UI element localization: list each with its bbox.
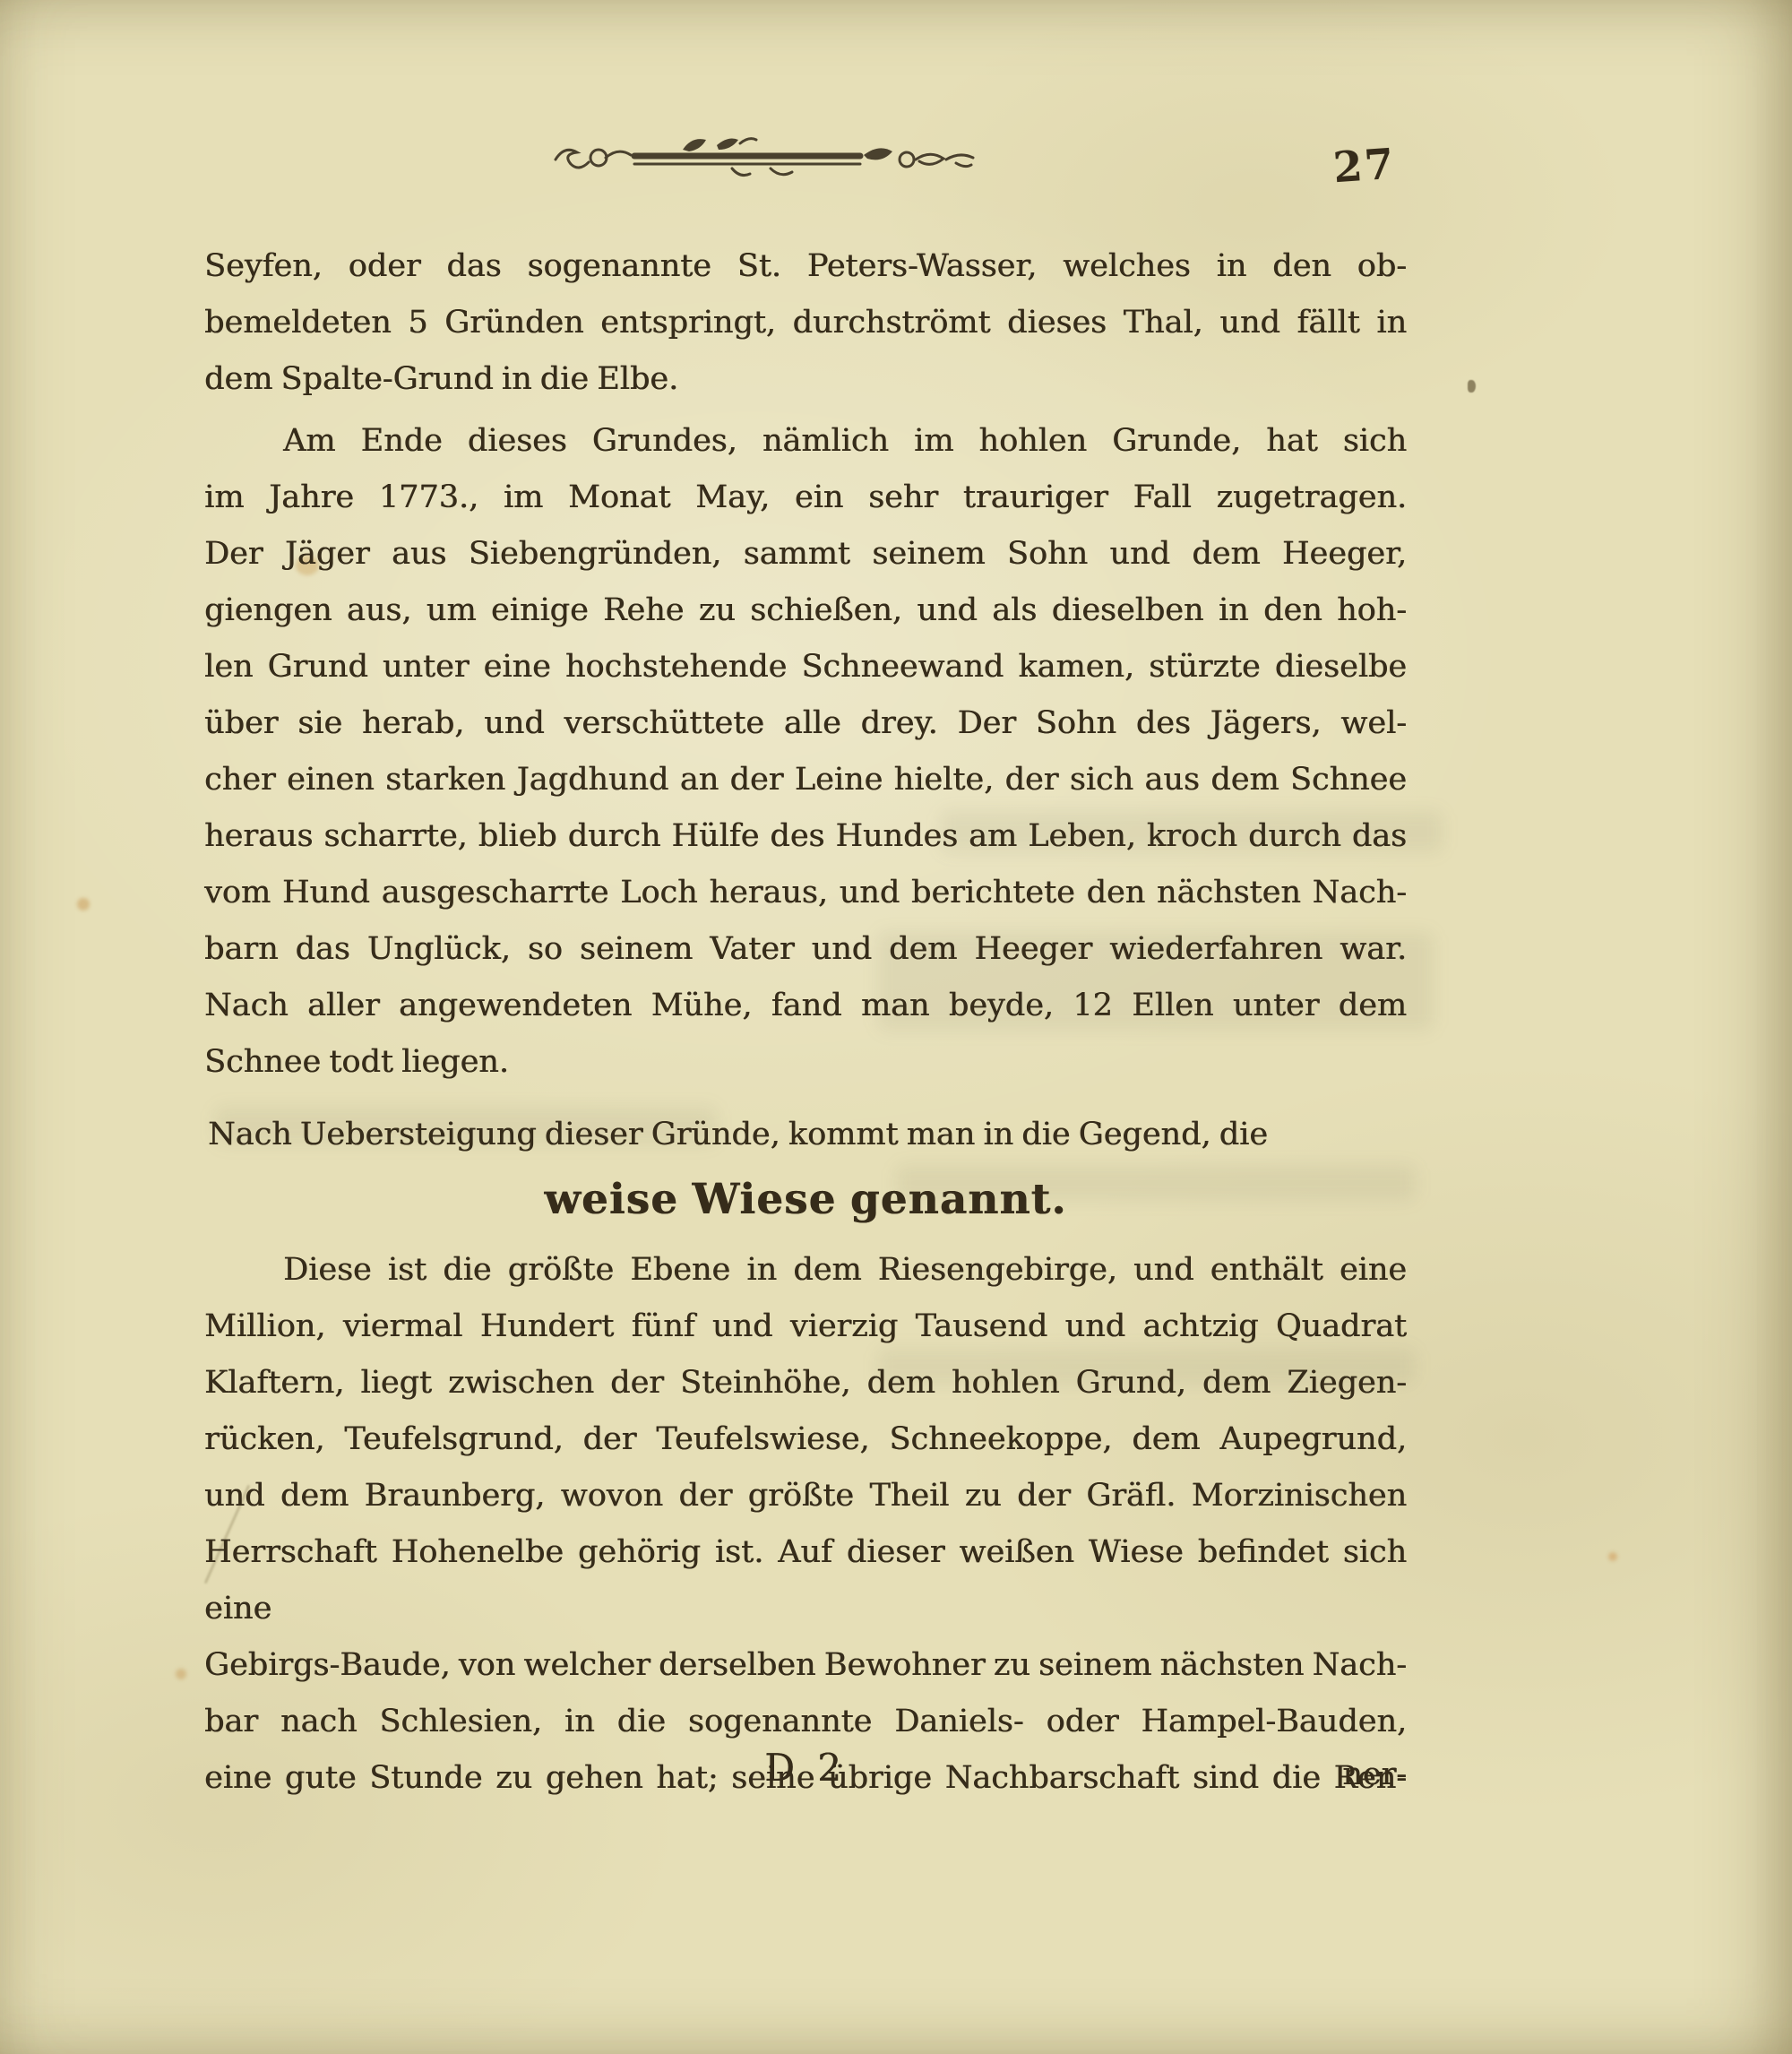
text-line: giengen aus, um einige Rehe zu schießen,…: [204, 583, 1407, 639]
text-line: rücken, Teufelsgrund, der Teufelswiese, …: [204, 1411, 1407, 1468]
text-line: Herrschaft Hohenelbe gehörig ist. Auf di…: [204, 1524, 1407, 1637]
text-line: Gebirgs-Baude, von welcher derselben Bew…: [204, 1637, 1407, 1694]
paper-stain: [1608, 1552, 1617, 1561]
paragraph-2: Am Ende dieses Grundes, nämlich im hohle…: [204, 413, 1407, 1091]
text-line: Am Ende dieses Grundes, nämlich im hohle…: [204, 413, 1407, 470]
ink-speck: [1468, 380, 1476, 393]
text-line: Diese ist die größte Ebene in dem Riesen…: [204, 1242, 1407, 1299]
text-line: barn das Unglück, so seinem Vater und de…: [204, 921, 1407, 978]
paragraph-1: Seyfen, oder das sogenannte St. Peters-W…: [204, 238, 1407, 408]
text-line: cher einen starken Jagdhund an der Leine…: [204, 752, 1407, 808]
text-line: im Jahre 1773., im Monat May, ein sehr t…: [204, 470, 1407, 526]
transition-line: Nach Uebersteigung dieser Gründe, kommt …: [204, 1107, 1407, 1163]
text-line: Der Jäger aus Siebengründen, sammt seine…: [204, 526, 1407, 583]
text-line: über sie herab, und verschüttete alle dr…: [204, 695, 1407, 752]
section-heading: weise Wiese genannt.: [204, 1170, 1407, 1230]
signature-mark: D 2: [764, 1746, 847, 1790]
text-line: vom Hund ausgescharrte Loch heraus, und …: [204, 865, 1407, 921]
text-line: Klaftern, liegt zwischen der Steinhöhe, …: [204, 1355, 1407, 1411]
header-ornament: [548, 133, 978, 183]
page-footer: D 2 ner-: [204, 1746, 1407, 1817]
text-line: und dem Braunberg, wovon der größte Thei…: [204, 1468, 1407, 1524]
text-block: Seyfen, oder das sogenannte St. Peters-W…: [204, 238, 1407, 1807]
page-number: 27: [1331, 140, 1397, 194]
text-line: Seyfen, oder das sogenannte St. Peters-W…: [204, 238, 1407, 295]
text-line: Schnee todt liegen.: [204, 1034, 1407, 1091]
text-line: bemeldeten 5 Gründen entspringt, durchst…: [204, 295, 1407, 351]
text-line: dem Spalte-Grund in die Elbe.: [204, 351, 1407, 408]
text-line: Million, viermal Hundert fünf und vierzi…: [204, 1299, 1407, 1355]
paragraph-3: Diese ist die größte Ebene in dem Riesen…: [204, 1242, 1407, 1807]
floral-rule-icon: [548, 133, 978, 183]
text-line: Nach aller angewendeten Mühe, fand man b…: [204, 978, 1407, 1034]
book-page: 27 Seyfen, oder das sogenannte St. Peter…: [0, 0, 1792, 2054]
catchword: ner-: [1342, 1756, 1407, 1792]
text-line: heraus scharrte, blieb durch Hülfe des H…: [204, 808, 1407, 865]
text-line: bar nach Schlesien, in die sogenannte Da…: [204, 1694, 1407, 1750]
paper-stain: [77, 898, 90, 910]
paper-stain: [176, 1669, 186, 1679]
text-line: len Grund unter eine hochstehende Schnee…: [204, 639, 1407, 695]
